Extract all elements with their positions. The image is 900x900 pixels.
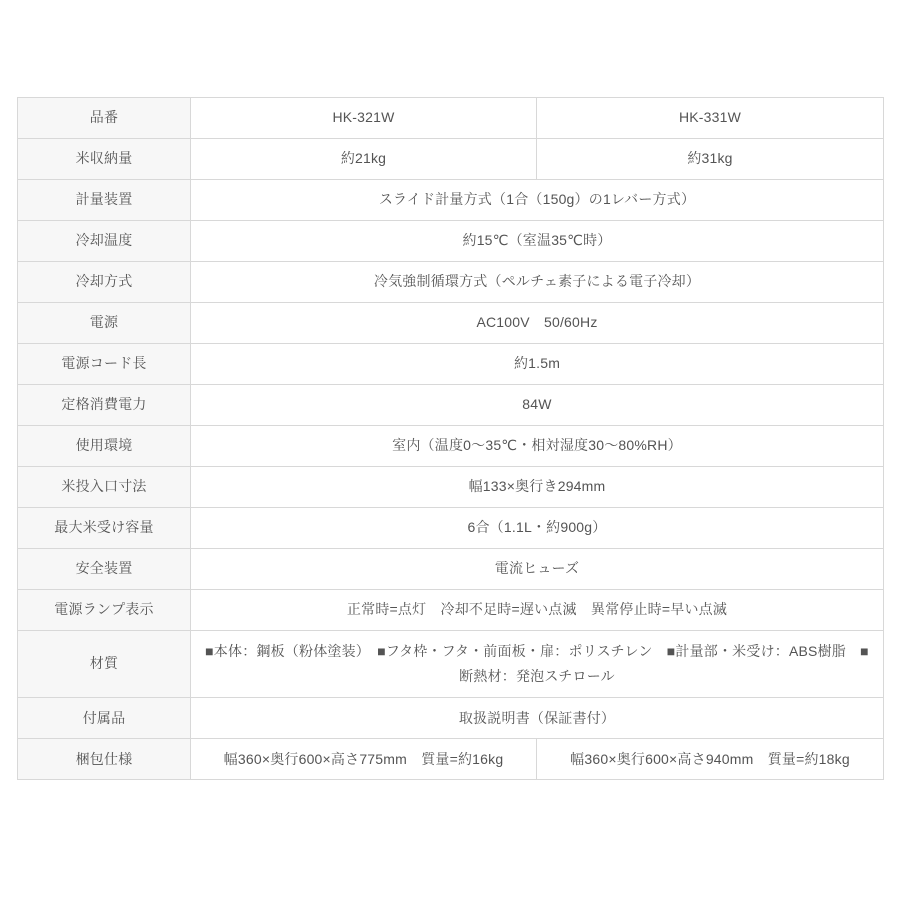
spec-value: 冷気強制循環方式（ペルチェ素子による電子冷却） [191, 262, 884, 303]
row-cooling-temperature: 冷却温度 約15℃（室温35℃時） [18, 221, 884, 262]
row-max-rice-receiver-capacity: 最大米受け容量 6合（1.1L・約900g） [18, 508, 884, 549]
row-label: 付属品 [18, 698, 191, 739]
row-power-supply: 電源 AC100V 50/60Hz [18, 303, 884, 344]
row-rice-inlet-dimensions: 米投入口寸法 幅133×奥行き294mm [18, 467, 884, 508]
spec-value: 約1.5m [191, 344, 884, 385]
row-label: 米投入口寸法 [18, 467, 191, 508]
row-operating-environment: 使用環境 室内（温度0〜35℃・相対湿度30〜80%RH） [18, 426, 884, 467]
row-label: 使用環境 [18, 426, 191, 467]
product-spec-table: 品番 HK-321W HK-331W 米収納量 約21kg 約31kg 計量装置… [17, 97, 884, 780]
row-label: 計量装置 [18, 180, 191, 221]
row-cooling-method: 冷却方式 冷気強制循環方式（ペルチェ素子による電子冷却） [18, 262, 884, 303]
row-label: 定格消費電力 [18, 385, 191, 426]
row-rated-power-consumption: 定格消費電力 84W [18, 385, 884, 426]
spec-value: 6合（1.1L・約900g） [191, 508, 884, 549]
spec-value: スライド計量方式（1合（150g）の1レバー方式） [191, 180, 884, 221]
spec-value: ■本体：鋼板（粉体塗装） ■フタ枠・フタ・前面板・扉：ポリスチレン ■計量部・米… [191, 631, 884, 698]
spec-value: 幅133×奥行き294mm [191, 467, 884, 508]
row-power-cord-length: 電源コード長 約1.5m [18, 344, 884, 385]
spec-value-hk331w: HK-331W [537, 98, 884, 139]
spec-value: AC100V 50/60Hz [191, 303, 884, 344]
spec-table-body: 品番 HK-321W HK-331W 米収納量 約21kg 約31kg 計量装置… [18, 98, 884, 780]
row-label: 電源 [18, 303, 191, 344]
row-label: 最大米受け容量 [18, 508, 191, 549]
row-label: 冷却方式 [18, 262, 191, 303]
spec-value: 84W [191, 385, 884, 426]
spec-value: 正常時=点灯 冷却不足時=遅い点滅 異常停止時=早い点滅 [191, 590, 884, 631]
spec-value: 電流ヒューズ [191, 549, 884, 590]
row-accessories: 付属品 取扱説明書（保証書付） [18, 698, 884, 739]
row-label: 電源コード長 [18, 344, 191, 385]
spec-value: 取扱説明書（保証書付） [191, 698, 884, 739]
row-power-lamp-indication: 電源ランプ表示 正常時=点灯 冷却不足時=遅い点滅 異常停止時=早い点滅 [18, 590, 884, 631]
row-label: 電源ランプ表示 [18, 590, 191, 631]
spec-value-hk321w: 約21kg [191, 139, 537, 180]
row-label: 品番 [18, 98, 191, 139]
row-package-specifications: 梱包仕様 幅360×奥行600×高さ775mm 質量=約16kg 幅360×奥行… [18, 739, 884, 780]
row-rice-storage-capacity: 米収納量 約21kg 約31kg [18, 139, 884, 180]
row-label: 材質 [18, 631, 191, 698]
row-label: 梱包仕様 [18, 739, 191, 780]
row-materials: 材質 ■本体：鋼板（粉体塗装） ■フタ枠・フタ・前面板・扉：ポリスチレン ■計量… [18, 631, 884, 698]
spec-value-hk321w: HK-321W [191, 98, 537, 139]
spec-value-hk331w: 約31kg [537, 139, 884, 180]
row-safety-device: 安全装置 電流ヒューズ [18, 549, 884, 590]
row-label: 米収納量 [18, 139, 191, 180]
spec-value: 約15℃（室温35℃時） [191, 221, 884, 262]
spec-value-hk321w: 幅360×奥行600×高さ775mm 質量=約16kg [191, 739, 537, 780]
spec-value: 室内（温度0〜35℃・相対湿度30〜80%RH） [191, 426, 884, 467]
row-label: 冷却温度 [18, 221, 191, 262]
row-model-number: 品番 HK-321W HK-331W [18, 98, 884, 139]
spec-value-hk331w: 幅360×奥行600×高さ940mm 質量=約18kg [537, 739, 884, 780]
row-measuring-device: 計量装置 スライド計量方式（1合（150g）の1レバー方式） [18, 180, 884, 221]
row-label: 安全装置 [18, 549, 191, 590]
